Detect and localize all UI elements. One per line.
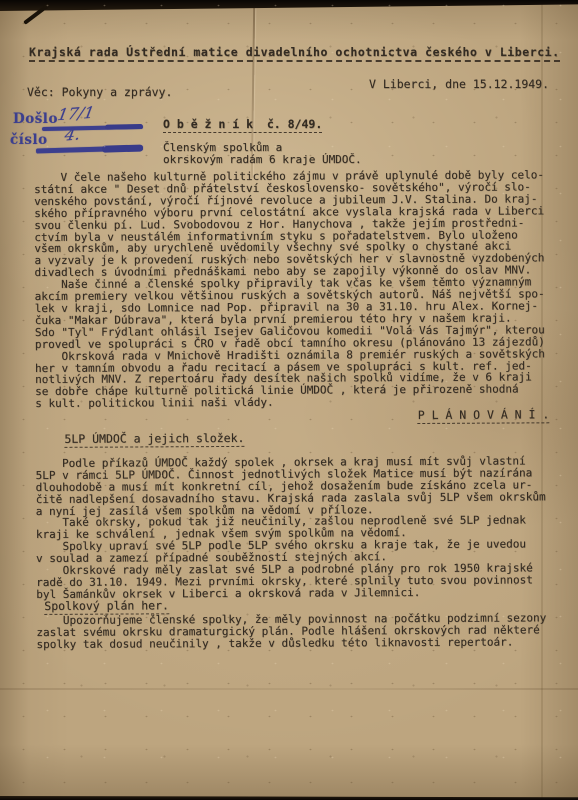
stamp-number-value-handwritten: 4. [63, 124, 82, 144]
subject-line: Věc: Pokyny a zprávy. [27, 85, 172, 99]
dateline: V Liberci, dne 15.12.1949. [369, 77, 549, 91]
received-stamp: Došlo 17/1 číslo 4. [10, 106, 160, 161]
document-body: V čele našeho kulturně politického zájmu… [34, 169, 576, 650]
text-line: spolky tak dosud neučinily , takže v důs… [36, 636, 576, 651]
circular-title: O b ě ž n í k č. 8/49. [163, 117, 322, 133]
circular-header: O b ě ž n í k č. 8/49. Členským spolkům … [163, 113, 362, 166]
heading-text: 5LP ÚMDOČ a jejich složek. [64, 433, 244, 448]
addressee-line: okrskovým radám 6 kraje ÚMDOČ. [163, 154, 362, 166]
stamp-rule-line [36, 146, 143, 153]
paragraph: Upozorňujeme členské spolky, že měly pov… [36, 612, 576, 651]
photo-top-edge [0, 0, 578, 11]
paragraph: Podle příkazů ÚMDOČ každý spolek , okrse… [35, 455, 575, 517]
stamp-received-value-handwritten: 17/1 [56, 103, 96, 124]
fold-crease-horizontal [0, 688, 578, 690]
section-heading: 5LP ÚMDOČ a jejich složek. [64, 431, 575, 448]
scanned-document-photo: Krajská rada Ústřední matice divadelního… [0, 0, 578, 800]
paragraph: Okrskové rady měly zaslat své 5LP a podr… [36, 562, 576, 601]
paragraph: V čele našeho kulturně politického zájmu… [34, 169, 575, 279]
paragraph: Okrsková rada v Mnichově Hradišti oznámi… [35, 348, 575, 410]
section-heading: P L Á N O V Á N Í . [35, 409, 549, 426]
heading-text: P L Á N O V Á N Í . [418, 409, 550, 424]
stamp-number-label: číslo [10, 132, 48, 148]
stamp-rule-line [42, 125, 143, 131]
photo-bottom-edge [0, 795, 578, 800]
paragraph: Naše činné a členské spolky připravily t… [35, 276, 575, 350]
stamp-received-label: Došlo [13, 111, 58, 127]
letterhead: Krajská rada Ústřední matice divadelního… [29, 45, 560, 62]
